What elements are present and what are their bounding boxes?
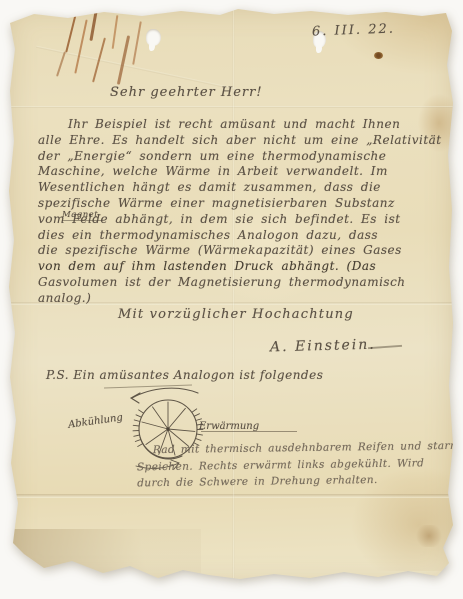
insertion-magnet: Magnet- <box>62 210 102 221</box>
caption-line: durch die Schwere in Drehung erhalten. <box>137 471 463 492</box>
body-line: dies ein thermodynamisches Analogon dazu… <box>38 228 442 244</box>
body-line: alle Ehre. Es handelt sich aber nicht um… <box>38 133 442 149</box>
body-line: Wesentlichen hängt es damit zusammen, da… <box>38 180 442 196</box>
ink-fleck <box>374 52 383 59</box>
body-line: der „Energie“ sondern um eine thermodyna… <box>38 149 442 165</box>
body-line: Maschine, welche Wärme in Arbeit verwand… <box>38 164 442 180</box>
diagram-label-cooling: Abkühlung <box>68 412 124 431</box>
salutation: Sehr geehrter Herr! <box>110 85 263 100</box>
rotation-arrow-top <box>131 388 198 403</box>
wheel-hub <box>166 427 169 430</box>
stain-bottom-left-tear <box>6 529 201 587</box>
diagram-label-heating: Erwärmung <box>199 421 259 432</box>
punch-hole-left <box>146 29 161 46</box>
body-line: von dem auf ihm lastenden Druck abhängt.… <box>38 259 442 275</box>
signature: A. Einstein. <box>270 337 376 356</box>
fold-crease-upper <box>6 106 456 108</box>
letter-date: 6. III. 22. <box>312 22 395 40</box>
diagram-caption: Rad mit thermisch ausdehnbarem Reifen un… <box>137 438 463 492</box>
letter-paper: 6. III. 22. Sehr geehrter Herr! Ihr Beis… <box>6 5 456 587</box>
stain-top-right <box>326 5 456 80</box>
body-line: Ihr Beispiel ist recht amüsant und macht… <box>38 117 442 133</box>
body-line: Gasvolumen ist der Magnetisierung thermo… <box>38 275 442 291</box>
postscript-intro: P.S. Ein amüsantes Analogon ist folgende… <box>46 368 323 382</box>
body-line: analog.) <box>38 291 442 307</box>
closing-line: Mit vorzüglicher Hochachtung <box>118 307 354 322</box>
stain-bottom-right-dark <box>414 525 444 547</box>
photo-backdrop: 6. III. 22. Sehr geehrter Herr! Ihr Beis… <box>0 0 463 599</box>
fold-crease-lower <box>6 494 456 498</box>
paper-wrap: 6. III. 22. Sehr geehrter Herr! Ihr Beis… <box>6 5 456 587</box>
body-line: die spezifische Wärme (Wärmekapazität) e… <box>38 243 442 259</box>
rust-stains <box>58 11 158 91</box>
